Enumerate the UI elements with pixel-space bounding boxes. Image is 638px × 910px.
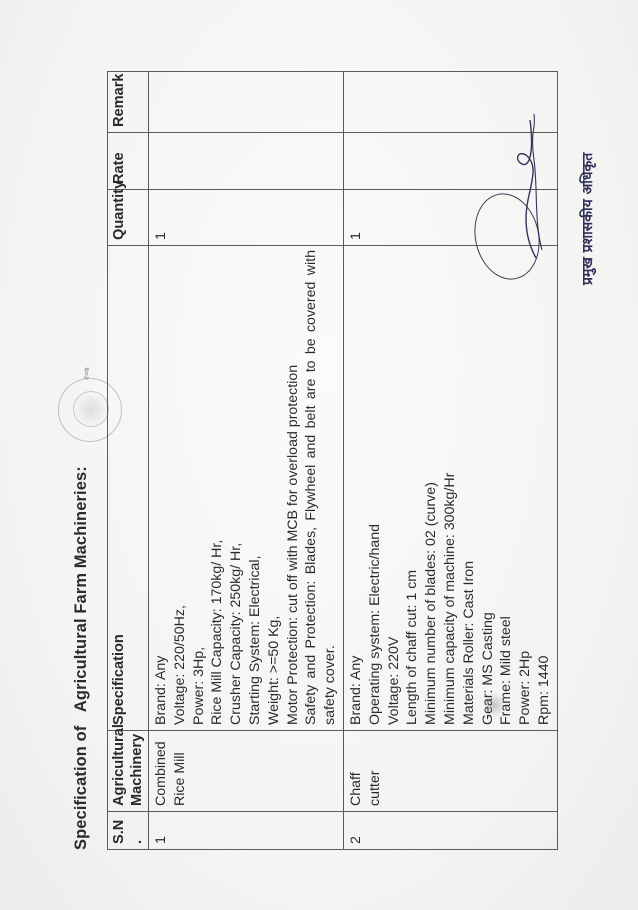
header-specification: Specification <box>108 246 149 731</box>
spec-line: Power: 3Hp, <box>190 250 209 725</box>
spec-line: Rpm: 1440 <box>535 250 554 725</box>
cell-specification: Brand: Any Operating system: Electric/ha… <box>343 246 557 731</box>
spec-line: Rice Mill Capacity: 170kg/ Hr, <box>208 250 227 725</box>
header-machinery: Agricultural Machinery <box>108 731 149 812</box>
spec-line: Crusher Capacity: 250kg/ Hr, <box>227 250 246 725</box>
spec-line: Voltage: 220/50Hz, <box>171 250 190 725</box>
spec-line: Weight: >=50 Kg, <box>265 250 284 725</box>
signature-caption: प्रमुख प्रशासकीय अधिकृत <box>578 153 597 285</box>
document-title: Specification of Agricultural Farm Machi… <box>72 466 91 850</box>
spec-line: Starting System: Electrical, <box>246 250 265 725</box>
spec-line: Motor Protection: cut off with MCB for o… <box>284 250 303 725</box>
spec-line: Frame: Mild steel <box>497 250 516 725</box>
signature-icon <box>508 110 548 260</box>
cell-sn: 2 <box>343 812 557 850</box>
spec-line: Brand: Any <box>152 250 171 725</box>
header-sn: S.N . <box>108 812 149 850</box>
cell-specification: Brand: Any Voltage: 220/50Hz, Power: 3Hp… <box>149 246 344 731</box>
cell-remark <box>149 72 344 133</box>
spec-line: Power: 2Hp <box>516 250 535 725</box>
seal-emblem <box>73 391 109 427</box>
header-quantity: Quantity <box>108 190 149 246</box>
cell-quantity: 1 <box>149 190 344 246</box>
spec-line: Voltage: 220V <box>385 250 404 725</box>
table-header-row: S.N . Agricultural Machinery Specificati… <box>108 72 149 850</box>
spec-line: Safety and Protection: Blades, Flywheel … <box>302 250 340 725</box>
header-remark: Remark <box>108 72 149 133</box>
cell-sn: 1 <box>149 812 344 850</box>
spec-line: Gear: MS Casting <box>479 250 498 725</box>
spec-line: Brand: Any <box>347 250 366 725</box>
scanned-page: Specification of Agricultural Farm Machi… <box>0 0 638 910</box>
spec-line: Minimum number of blades: 02 (curve) <box>422 250 441 725</box>
seal-date-text: २०७ <box>82 350 91 380</box>
ink-smudge <box>485 690 503 720</box>
spec-line: Operating system: Electric/hand <box>366 250 385 725</box>
header-rate: Rate <box>108 133 149 190</box>
table-row: 1 Combined Rice Mill Brand: Any Voltage:… <box>149 72 344 850</box>
rotated-document-sheet: Specification of Agricultural Farm Machi… <box>0 0 638 910</box>
spec-line: Length of chaff cut: 1 cm <box>403 250 422 725</box>
specification-table: S.N . Agricultural Machinery Specificati… <box>107 71 558 850</box>
spec-line: Minimum capacity of machine: 300kg/Hr <box>441 250 460 725</box>
cell-rate <box>149 133 344 190</box>
cell-machinery: Chaff cutter <box>343 731 557 812</box>
cell-machinery: Combined Rice Mill <box>149 731 344 812</box>
spec-line: Materials Roller: Cast Iron <box>460 250 479 725</box>
